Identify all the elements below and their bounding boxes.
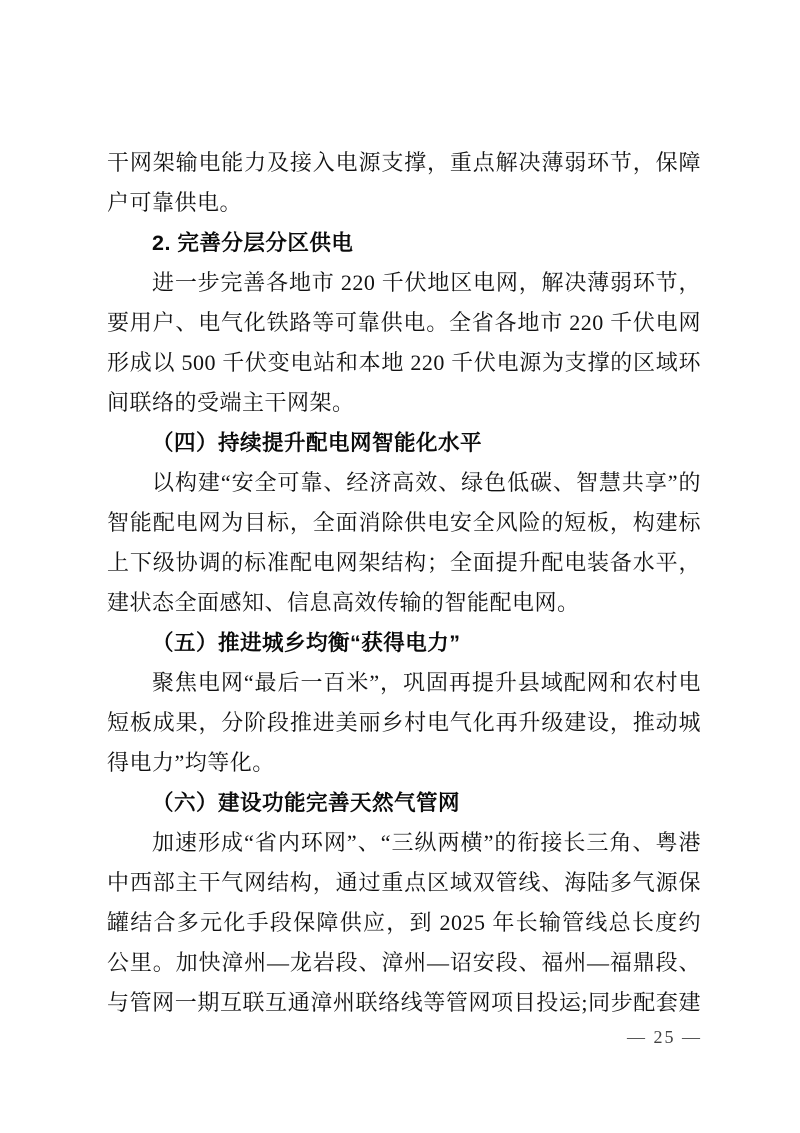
body-line: 公里。加快漳州—龙岩段、漳州—诏安段、福州—福鼎段、西三线 (107, 943, 701, 983)
document-page: 干网架输电能力及接入电源支撑，重点解决薄弱环节，保障重要用 户可靠供电。 2. … (0, 0, 800, 1133)
page-number: — 25 — (627, 1024, 702, 1050)
body-line: 与管网一期互联互通漳州联络线等管网项目投运;同步配套建设漳 (107, 983, 701, 1023)
section-heading-5: （五）推进城乡均衡“获得电力” (107, 623, 701, 663)
body-line: 智能配电网为目标，全面消除供电安全风险的短板，构建标准清晰、 (107, 503, 701, 543)
body-line: 短板成果，分阶段推进美丽乡村电气化再升级建设，推动城乡“获 (107, 703, 701, 743)
body-line: 建状态全面感知、信息高效传输的智能配电网。 (107, 583, 701, 623)
section-heading-4: （四）持续提升配电网智能化水平 (107, 423, 701, 463)
body-line: 加速形成“省内环网”、“三纵两横”的衔接长三角、粤港澳、 (107, 823, 701, 863)
section-heading-2: 2. 完善分层分区供电 (107, 223, 701, 263)
body-line: 形成以 500 千伏变电站和本地 220 千伏电源为支撑的区域环网、区 (107, 343, 701, 383)
body-line: 得电力”均等化。 (107, 743, 701, 783)
body-line: 要用户、电气化铁路等可靠供电。全省各地市 220 千伏电网将全面 (107, 303, 701, 343)
body-line: 罐结合多元化手段保障供应，到 2025 年长输管线总长度约 2700 (107, 903, 701, 943)
body-line: 中西部主干气网结构，通过重点区域双管线、海陆多气源保障、管 (107, 863, 701, 903)
document-text-block: 干网架输电能力及接入电源支撑，重点解决薄弱环节，保障重要用 户可靠供电。 2. … (107, 143, 701, 1023)
body-line: 进一步完善各地市 220 千伏地区电网，解决薄弱环节，保障重 (107, 263, 701, 303)
body-line: 聚焦电网“最后一百米”，巩固再提升县域配网和农村电网补 (107, 663, 701, 703)
body-line: 干网架输电能力及接入电源支撑，重点解决薄弱环节，保障重要用 (107, 143, 701, 183)
body-line: 间联络的受端主干网架。 (107, 383, 701, 423)
body-line: 户可靠供电。 (107, 183, 701, 223)
section-heading-6: （六）建设功能完善天然气管网 (107, 783, 701, 823)
body-line: 上下级协调的标准配电网架结构；全面提升配电装备水平，探索构 (107, 543, 701, 583)
body-line: 以构建“安全可靠、经济高效、绿色低碳、智慧共享”的坚强 (107, 463, 701, 503)
